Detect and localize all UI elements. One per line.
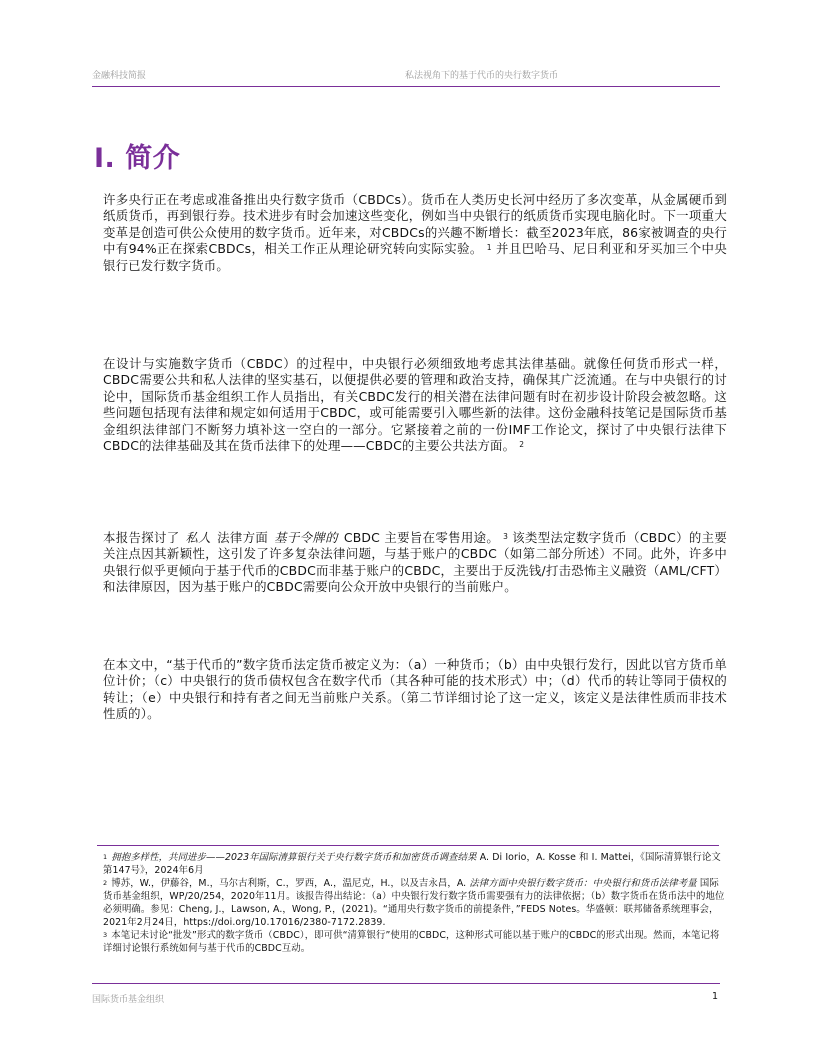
footnote-ref-2[interactable]: 2	[519, 440, 524, 449]
footnote-ref-3[interactable]: 3	[503, 532, 508, 541]
footnote-number: 3	[103, 931, 107, 939]
footnote-number: 2	[103, 879, 107, 887]
series-name: 金融科技简报	[92, 68, 146, 81]
running-title: 私法视角下的基于代币的央行数字货币	[405, 68, 558, 81]
footnote-text: 本笔记未讨论“批发”形式的数字货币（CBDC），即可供“清算银行”使用的CBDC…	[103, 930, 719, 954]
page-footer: 国际货币基金组织 1	[92, 983, 720, 984]
emphasis-token-based: 基于令牌的	[274, 530, 338, 545]
footnote-text: 博苏，W.，伊藤谷，M.，马尔古利斯，C.，罗西，A.，温尼克，H.，以及吉永昌…	[111, 878, 469, 889]
footnote-3: 3本笔记未讨论“批发”形式的数字货币（CBDC），即可供“清算银行”使用的CBD…	[103, 929, 725, 955]
page-number: 1	[712, 991, 718, 1002]
footnotes: 1拥抱多样性，共同进步——2023年国际清算银行关于央行数字货币和加密货币调查结…	[103, 851, 725, 955]
paragraph-text: CBDC 主要旨在零售用途。	[344, 530, 499, 545]
paragraph-definition: 在本文中，“基于代币的”数字货币法定货币被定义为：（a）一种货币；（b）由中央银…	[103, 657, 727, 723]
section-title: I. 简介	[94, 136, 180, 175]
paragraph-scope: 本报告探讨了私人法律方面基于令牌的CBDC 主要旨在零售用途。3该类型法定数字货…	[103, 530, 727, 596]
paragraph-intro: 许多央行正在考虑或准备推出央行数字货币（CBDCs）。货币在人类历史长河中经历了…	[103, 192, 727, 274]
paragraph-text: 本报告探讨了	[103, 530, 180, 545]
paragraph-legal-basis: 在设计与实施数字货币（CBDC）的过程中，中央银行必须细致地考虑其法律基础。就像…	[103, 356, 727, 454]
footnote-1: 1拥抱多样性，共同进步——2023年国际清算银行关于央行数字货币和加密货币调查结…	[103, 851, 725, 877]
footnote-2: 2博苏，W.，伊藤谷，M.，马尔古利斯，C.，罗西，A.，温尼克，H.，以及吉永…	[103, 877, 725, 929]
footnote-title: 法律方面中央银行数字货币：中央银行和货币法律考量	[469, 878, 696, 889]
paragraph-text: 在本文中，“基于代币的”数字货币法定货币被定义为：（a）一种货币；（b）由中央银…	[103, 657, 727, 721]
footnote-ref-1[interactable]: 1	[487, 243, 492, 252]
footnote-number: 1	[103, 853, 107, 861]
paragraph-text: 法律方面	[217, 530, 268, 545]
footer-organization: 国际货币基金组织	[92, 992, 164, 1005]
page-header: 金融科技简报 私法视角下的基于代币的央行数字货币	[92, 66, 720, 87]
footnote-divider	[97, 845, 719, 846]
paragraph-text: 在设计与实施数字货币（CBDC）的过程中，中央银行必须细致地考虑其法律基础。就像…	[103, 356, 727, 453]
footnote-title: 拥抱多样性，共同进步——2023年国际清算银行关于央行数字货币和加密货币调查结果	[111, 852, 476, 863]
emphasis-private: 私人	[186, 530, 212, 545]
